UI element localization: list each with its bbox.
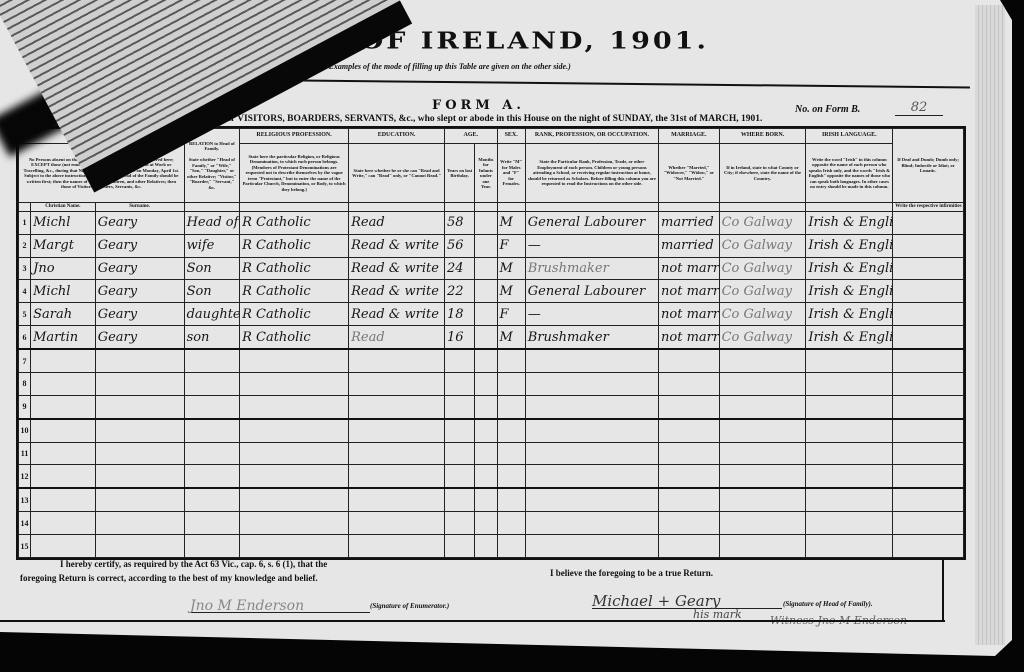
- cell-surname: [95, 512, 184, 535]
- cell-age: [445, 465, 475, 488]
- cell-age: 16: [445, 326, 475, 349]
- cell-religion: R Catholic: [240, 234, 349, 257]
- cell-sex: M: [497, 326, 525, 349]
- cell-marriage: married: [659, 234, 720, 257]
- head-signature-label: (Signature of Head of Family).: [783, 600, 873, 608]
- cell-occupation: General Labourer: [525, 212, 658, 235]
- table-row: 4MichlGearySonR CatholicRead & write22MG…: [19, 280, 964, 303]
- cell-months: [475, 349, 497, 372]
- cell-marriage: [659, 512, 720, 535]
- cell-irish: [806, 465, 893, 488]
- table-row: 3JnoGearySonR CatholicRead & write24MBru…: [19, 257, 964, 280]
- cell-age: [445, 395, 475, 418]
- header-infirmity: If Deaf and Dumb; Dumb only; Blind; Imbe…: [893, 129, 964, 203]
- head-certification: I believe the foregoing to be a true Ret…: [550, 568, 713, 578]
- cell-born: [719, 442, 806, 465]
- cell-surname: Geary: [95, 212, 184, 235]
- cell-religion: [240, 395, 349, 418]
- cell-education: Read & write: [349, 280, 445, 303]
- cell-born: [719, 512, 806, 535]
- cell-education: [349, 488, 445, 511]
- table-row: 5SarahGearydaughterR CatholicRead & writ…: [19, 303, 964, 326]
- table-row: 11: [19, 442, 964, 465]
- header-education: EDUCATION.: [349, 129, 445, 144]
- enumerator-certification: I hereby certify, as required by the Act…: [20, 557, 520, 585]
- cell-infirmity: [893, 280, 964, 303]
- cell-months: [475, 442, 497, 465]
- cell-infirmity: [893, 349, 964, 372]
- cell-relation: son: [184, 326, 240, 349]
- row-number: 8: [19, 372, 31, 395]
- cell-sex: F: [497, 234, 525, 257]
- header-marriage: MARRIAGE.: [659, 129, 720, 144]
- row-number: 14: [19, 512, 31, 535]
- row-number: 2: [19, 234, 31, 257]
- header-irish-desc: Write the word "Irish" in this column op…: [806, 144, 893, 203]
- cell-born: [719, 395, 806, 418]
- cell-relation: Head of Family: [184, 212, 240, 235]
- cell-born: Co Galway: [719, 212, 806, 235]
- cell-infirmity: [893, 512, 964, 535]
- cell-education: [349, 419, 445, 442]
- table-row: 15: [19, 535, 964, 558]
- cell-born: Co Galway: [719, 257, 806, 280]
- cell-occupation: [525, 442, 658, 465]
- cell-born: [719, 488, 806, 511]
- cell-months: [475, 326, 497, 349]
- cell-age: [445, 442, 475, 465]
- enumerator-signature: Jno M Enderson: [190, 598, 370, 613]
- row-number: 1: [19, 212, 31, 235]
- cell-relation: [184, 419, 240, 442]
- table-row: 12: [19, 465, 964, 488]
- cell-occupation: [525, 419, 658, 442]
- cell-infirmity: [893, 234, 964, 257]
- cell-born: Co Galway: [719, 280, 806, 303]
- cell-first: [31, 488, 96, 511]
- cell-surname: [95, 465, 184, 488]
- cell-education: Read: [349, 212, 445, 235]
- cell-surname: [95, 488, 184, 511]
- cell-education: Read & write: [349, 303, 445, 326]
- cell-born: Co Galway: [719, 234, 806, 257]
- header-age-years: Years on last Birthday.: [445, 144, 475, 203]
- cell-first: Michl: [31, 280, 96, 303]
- cell-sex: M: [497, 257, 525, 280]
- cell-surname: [95, 372, 184, 395]
- table-row: 8: [19, 372, 964, 395]
- cell-sex: [497, 465, 525, 488]
- cell-sex: [497, 372, 525, 395]
- cell-first: [31, 535, 96, 558]
- cell-infirmity: [893, 535, 964, 558]
- header-religion: RELIGIOUS PROFESSION.: [240, 129, 349, 144]
- header-christian-name: Christian Name.: [31, 203, 96, 212]
- row-number: 6: [19, 326, 31, 349]
- cell-irish: [806, 488, 893, 511]
- cell-irish: [806, 419, 893, 442]
- cell-irish: Irish & English: [806, 280, 893, 303]
- cell-sex: M: [497, 212, 525, 235]
- cell-months: [475, 372, 497, 395]
- cell-first: Sarah: [31, 303, 96, 326]
- cell-surname: [95, 419, 184, 442]
- header-age: AGE.: [445, 129, 498, 144]
- cell-first: [31, 442, 96, 465]
- cell-irish: Irish & English: [806, 303, 893, 326]
- cell-infirmity: [893, 257, 964, 280]
- cell-infirmity: [893, 326, 964, 349]
- page-subtitle: (Two Examples of the mode of filling up …: [310, 62, 571, 71]
- cell-surname: [95, 535, 184, 558]
- cell-religion: R Catholic: [240, 326, 349, 349]
- cell-education: [349, 535, 445, 558]
- cell-sex: M: [497, 280, 525, 303]
- cell-marriage: [659, 395, 720, 418]
- cell-first: Martin: [31, 326, 96, 349]
- header-where-born: WHERE BORN.: [719, 129, 806, 144]
- cell-religion: R Catholic: [240, 280, 349, 303]
- cell-first: [31, 395, 96, 418]
- cell-irish: [806, 395, 893, 418]
- cell-infirmity: [893, 372, 964, 395]
- cell-irish: Irish & English: [806, 326, 893, 349]
- cell-age: [445, 535, 475, 558]
- cell-relation: [184, 442, 240, 465]
- table-row: 2MargtGearywifeR CatholicRead & write56F…: [19, 234, 964, 257]
- cell-first: Margt: [31, 234, 96, 257]
- cell-age: [445, 349, 475, 372]
- cell-infirmity: [893, 442, 964, 465]
- cell-occupation: Brushmaker: [525, 326, 658, 349]
- cell-irish: [806, 512, 893, 535]
- cell-occupation: Brushmaker: [525, 257, 658, 280]
- cell-marriage: [659, 465, 720, 488]
- row-number: 7: [19, 349, 31, 372]
- cell-infirmity: [893, 465, 964, 488]
- cell-education: Read & write: [349, 257, 445, 280]
- table-row: 9: [19, 395, 964, 418]
- row-number: 12: [19, 465, 31, 488]
- cell-relation: [184, 488, 240, 511]
- cell-occupation: General Labourer: [525, 280, 658, 303]
- divider: [0, 620, 945, 622]
- table-row: 13: [19, 488, 964, 511]
- cell-sex: [497, 512, 525, 535]
- cell-born: Co Galway: [719, 303, 806, 326]
- cell-education: [349, 349, 445, 372]
- cell-age: 56: [445, 234, 475, 257]
- cell-age: 18: [445, 303, 475, 326]
- cell-relation: Son: [184, 257, 240, 280]
- cell-relation: [184, 512, 240, 535]
- cell-months: [475, 512, 497, 535]
- header-sex: SEX.: [497, 129, 525, 144]
- cell-religion: R Catholic: [240, 303, 349, 326]
- cell-infirmity: [893, 419, 964, 442]
- cell-occupation: [525, 395, 658, 418]
- cell-occupation: [525, 535, 658, 558]
- cell-marriage: not married: [659, 280, 720, 303]
- cell-sex: [497, 488, 525, 511]
- cell-born: [719, 535, 806, 558]
- header-infirmity-desc: Write the respective infirmities opposit…: [893, 203, 964, 212]
- enumerator-signature-label: (Signature of Enumerator.): [370, 602, 449, 610]
- cell-religion: [240, 442, 349, 465]
- cell-sex: [497, 535, 525, 558]
- cell-marriage: not married: [659, 303, 720, 326]
- cell-surname: [95, 349, 184, 372]
- cell-religion: [240, 465, 349, 488]
- row-number: 5: [19, 303, 31, 326]
- table-row: 1MichlGearyHead of FamilyR CatholicRead5…: [19, 212, 964, 235]
- cell-first: [31, 419, 96, 442]
- cell-born: Co Galway: [719, 326, 806, 349]
- cell-irish: Irish & English: [806, 257, 893, 280]
- cell-occupation: [525, 372, 658, 395]
- cell-months: [475, 419, 497, 442]
- cell-relation: [184, 465, 240, 488]
- divider: [942, 560, 944, 622]
- cell-education: [349, 395, 445, 418]
- cell-surname: Geary: [95, 303, 184, 326]
- cell-surname: Geary: [95, 257, 184, 280]
- cell-education: [349, 372, 445, 395]
- cell-occupation: [525, 512, 658, 535]
- cell-months: [475, 488, 497, 511]
- header-irish-language: IRISH LANGUAGE.: [806, 129, 893, 144]
- cell-religion: R Catholic: [240, 257, 349, 280]
- cell-age: 22: [445, 280, 475, 303]
- row-number: 11: [19, 442, 31, 465]
- cell-born: [719, 372, 806, 395]
- cell-age: [445, 419, 475, 442]
- cell-irish: [806, 442, 893, 465]
- cell-religion: [240, 535, 349, 558]
- cell-relation: [184, 349, 240, 372]
- cell-first: [31, 372, 96, 395]
- cell-sex: [497, 442, 525, 465]
- form-label: FORM A.: [432, 98, 525, 113]
- row-number: 3: [19, 257, 31, 280]
- cell-sex: F: [497, 303, 525, 326]
- cell-months: [475, 280, 497, 303]
- cell-education: [349, 465, 445, 488]
- cell-infirmity: [893, 303, 964, 326]
- cell-first: [31, 349, 96, 372]
- cell-sex: [497, 419, 525, 442]
- cell-surname: Geary: [95, 234, 184, 257]
- cell-marriage: not married: [659, 257, 720, 280]
- table-row: 7: [19, 349, 964, 372]
- cell-marriage: not married: [659, 326, 720, 349]
- cell-first: [31, 465, 96, 488]
- cell-education: Read & write: [349, 234, 445, 257]
- cell-marriage: [659, 535, 720, 558]
- cell-religion: [240, 419, 349, 442]
- row-number: 13: [19, 488, 31, 511]
- cell-education: Read: [349, 326, 445, 349]
- cert-line-2: foregoing Return is correct, according t…: [20, 571, 520, 585]
- cell-religion: [240, 488, 349, 511]
- page-edge: [975, 5, 1005, 645]
- cell-infirmity: [893, 395, 964, 418]
- cell-occupation: [525, 488, 658, 511]
- cell-born: [719, 465, 806, 488]
- cell-months: [475, 465, 497, 488]
- cell-sex: [497, 395, 525, 418]
- cell-religion: [240, 512, 349, 535]
- cell-months: [475, 257, 497, 280]
- cell-religion: R Catholic: [240, 212, 349, 235]
- form-number-value: 82: [895, 100, 943, 116]
- cell-education: [349, 512, 445, 535]
- table-row: 10: [19, 419, 964, 442]
- cell-irish: Irish & English: [806, 234, 893, 257]
- cell-relation: [184, 535, 240, 558]
- header-occupation-desc: State the Particular Rank, Profession, T…: [525, 144, 658, 203]
- cell-occupation: —: [525, 303, 658, 326]
- cell-months: [475, 395, 497, 418]
- cell-irish: [806, 372, 893, 395]
- cell-occupation: [525, 349, 658, 372]
- cell-age: [445, 488, 475, 511]
- cell-marriage: [659, 349, 720, 372]
- cell-infirmity: [893, 212, 964, 235]
- cell-marriage: [659, 372, 720, 395]
- cell-relation: wife: [184, 234, 240, 257]
- cell-surname: [95, 442, 184, 465]
- cell-relation: daughter: [184, 303, 240, 326]
- head-signature: Michael + Geary: [592, 592, 782, 609]
- cell-age: 58: [445, 212, 475, 235]
- cell-irish: [806, 349, 893, 372]
- table-row: 14: [19, 512, 964, 535]
- cell-first: Jno: [31, 257, 96, 280]
- row-number: 9: [19, 395, 31, 418]
- header-where-born-desc: If in Ireland, state in what County or C…: [719, 144, 806, 203]
- cell-sex: [497, 349, 525, 372]
- cell-surname: Geary: [95, 280, 184, 303]
- cell-first: [31, 512, 96, 535]
- cell-age: [445, 512, 475, 535]
- cell-age: [445, 372, 475, 395]
- cell-surname: [95, 395, 184, 418]
- cell-relation: Son: [184, 280, 240, 303]
- cell-months: [475, 535, 497, 558]
- cell-born: [719, 349, 806, 372]
- header-surname: Surname.: [95, 203, 184, 212]
- form-number-label: No. on Form B.: [795, 104, 860, 115]
- cell-religion: [240, 372, 349, 395]
- cell-surname: Geary: [95, 326, 184, 349]
- cell-relation: [184, 395, 240, 418]
- header-religion-desc: State here the particular Religion, or R…: [240, 144, 349, 203]
- cell-occupation: —: [525, 234, 658, 257]
- header-marriage-desc: Whether "Married," "Widower," "Widow," o…: [659, 144, 720, 203]
- cell-marriage: [659, 442, 720, 465]
- cell-irish: [806, 535, 893, 558]
- cell-education: [349, 442, 445, 465]
- cell-born: [719, 419, 806, 442]
- header-sex-desc: Write "M" for Males and "F" for Females.: [497, 144, 525, 203]
- row-number: 4: [19, 280, 31, 303]
- cell-marriage: married: [659, 212, 720, 235]
- cell-marriage: [659, 488, 720, 511]
- cert-line-1: I hereby certify, as required by the Act…: [20, 557, 520, 571]
- cell-relation: [184, 372, 240, 395]
- cell-age: 24: [445, 257, 475, 280]
- row-number: 15: [19, 535, 31, 558]
- cell-occupation: [525, 465, 658, 488]
- header-occupation: RANK, PROFESSION, OR OCCUPATION.: [525, 129, 658, 144]
- table-row: 6MartinGearysonR CatholicRead16MBrushmak…: [19, 326, 964, 349]
- cell-religion: [240, 349, 349, 372]
- cell-months: [475, 212, 497, 235]
- cell-irish: Irish & English: [806, 212, 893, 235]
- cell-months: [475, 234, 497, 257]
- cell-first: Michl: [31, 212, 96, 235]
- header-education-desc: State here whether he or she can "Read a…: [349, 144, 445, 203]
- header-age-months: Months for Infants under one Year.: [475, 144, 497, 203]
- cell-marriage: [659, 419, 720, 442]
- cell-months: [475, 303, 497, 326]
- cell-infirmity: [893, 488, 964, 511]
- census-table: NAME and SURNAME. RELATION to Head of Fa…: [16, 126, 966, 560]
- row-number: 10: [19, 419, 31, 442]
